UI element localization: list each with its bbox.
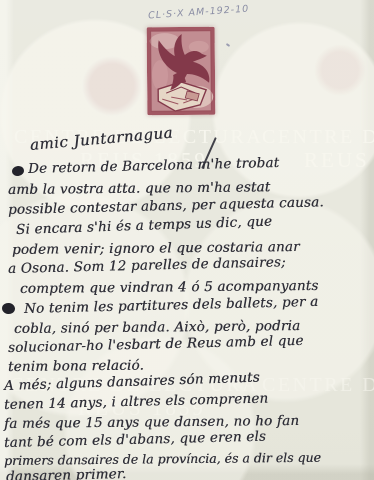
letter-line: dansaren primer. xyxy=(6,466,127,480)
letter-line: tant bé com els d'abans, que eren els xyxy=(4,429,266,451)
letter-line: Si encara s'hi és a temps us dic, que xyxy=(16,214,273,238)
letter-line: No tenim les partitures dels ballets, pe… xyxy=(24,294,319,317)
watermark-city-right: REUS xyxy=(304,148,370,173)
letter-line: tenim bona relació. xyxy=(8,358,144,375)
pencil-mark xyxy=(226,43,230,47)
watermark-org-right: CENTRE D xyxy=(262,126,374,149)
watermark-org-right-2: CENTRE D xyxy=(262,374,374,397)
eagle-icon xyxy=(147,27,216,116)
letter-line: primers dansaires de la província, és a … xyxy=(4,450,321,468)
ink-blot xyxy=(1,302,15,315)
scanned-letter-page: CL·S·X AM-192-10 CENTRE DE LECTURA CENTR… xyxy=(0,0,374,480)
eagle-stamp xyxy=(147,27,216,116)
letter-line: a Osona. Som 12 parelles de dansaires; xyxy=(8,254,286,277)
ink-blot xyxy=(11,165,25,177)
letter-line: De retorn de Barcelona m'he trobat xyxy=(28,155,280,177)
letter-line: amb la vostra atta. que no m'ha estat xyxy=(8,179,271,198)
archival-code: CL·S·X AM-192-10 xyxy=(148,1,278,21)
letter-line: possible contestar abans, per aquesta ca… xyxy=(8,194,324,218)
